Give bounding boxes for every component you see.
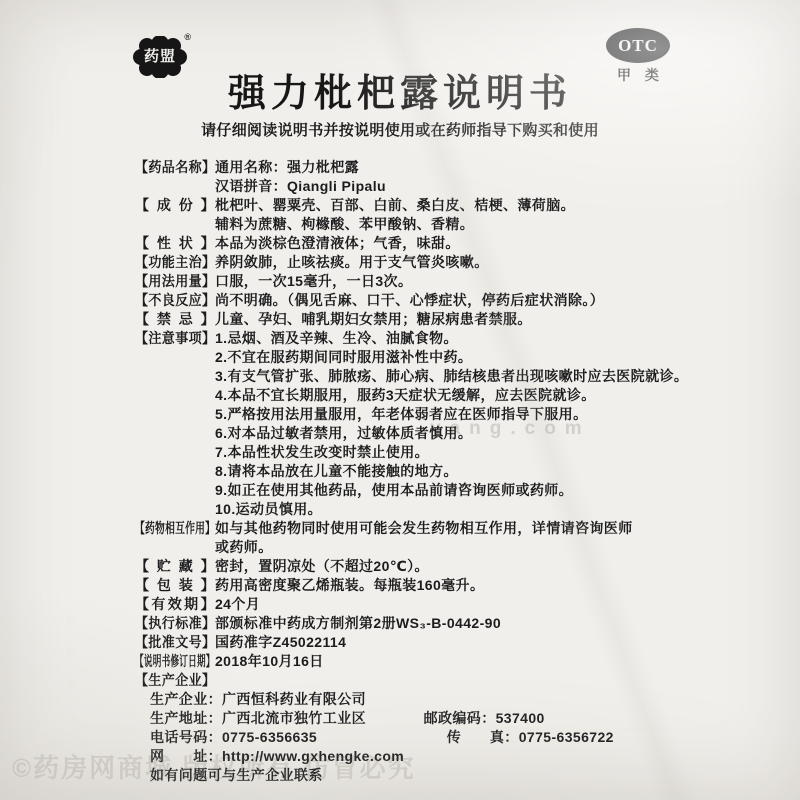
spec-label: 【有效期】 (135, 595, 215, 614)
page-subtitle: 请仔细阅读说明书并按说明使用或在药师指导下购买和使用 (0, 119, 800, 140)
spec-row: 【执行标准】部颁标准中药成方制剂第2册WS₃-B-0442-90 (135, 614, 780, 633)
spec-row: 如有问题可与生产企业联系 (135, 766, 780, 785)
spec-value: 3.有支气管扩张、肺脓疡、肺心病、肺结核患者出现咳嗽时应去医院就诊。 (215, 368, 688, 384)
spec-row: 10.运动员慎用。 (135, 500, 780, 519)
spec-row: 辅料为蔗糖、枸橼酸、苯甲酸钠、香精。 (135, 215, 780, 234)
spec-label: 【禁忌】 (135, 310, 215, 329)
spec-value: 辅料为蔗糖、枸橼酸、苯甲酸钠、香精。 (215, 216, 474, 232)
spec-row: 7.本品性状发生改变时禁止使用。 (135, 443, 780, 462)
spec-label: 【不良反应】 (135, 291, 209, 310)
spec-row: 【注意事项】1.忌烟、酒及辛辣、生冷、油腻食物。 (135, 329, 780, 348)
spec-value: 密封，置阴凉处（不超过20℃）。 (215, 558, 429, 574)
spec-value: 生产地址：广西北流市独竹工业区 邮政编码：537400 (150, 710, 545, 726)
spec-label: 【成份】 (135, 196, 215, 215)
spec-value: 或药师。 (215, 539, 273, 555)
spec-row: 【药物相互作用】如与其他药物同时使用可能会发生药物相互作用，详情请咨询医师 (135, 519, 780, 538)
spec-value: 通用名称：强力枇杷露 (215, 159, 359, 175)
spec-row: 4.本品不宜长期服用，服药3天症状无缓解，应去医院就诊。 (135, 386, 780, 405)
spec-row: 【生产企业】 (135, 671, 780, 690)
spec-row: 生产地址：广西北流市独竹工业区 邮政编码：537400 (135, 709, 780, 728)
spec-label: 【药品名称】 (135, 158, 209, 177)
page-title: 强力枇杷露说明书 (0, 62, 800, 117)
spec-value: 部颁标准中药成方制剂第2册WS₃-B-0442-90 (215, 615, 501, 631)
spec-row: 2.不宜在服药期间同时服用滋补性中药。 (135, 348, 780, 367)
spec-value: 1.忌烟、酒及辛辣、生冷、油腻食物。 (215, 330, 458, 346)
spec-value: 网 址：http://www.gxhengke.com (150, 748, 404, 764)
spec-row: 生产企业：广西恒科药业有限公司 (135, 690, 780, 709)
spec-row: 【说明书修订日期】2018年10月16日 (135, 652, 780, 671)
spec-value: 9.如正在使用其他药品，使用本品前请咨询医师或药师。 (215, 482, 573, 498)
spec-row: 【贮藏】密封，置阴凉处（不超过20℃）。 (135, 557, 780, 576)
spec-value: 本品为淡棕色澄清液体；气香，味甜。 (215, 235, 460, 251)
spec-value: 2.不宜在服药期间同时服用滋补性中药。 (215, 349, 472, 365)
spec-list: 【药品名称】通用名称：强力枇杷露汉语拼音：Qiangli Pipalu【成份】枇… (135, 158, 780, 785)
spec-row: 汉语拼音：Qiangli Pipalu (135, 177, 780, 196)
spec-row: 【不良反应】尚不明确。（偶见舌麻、口干、心悸症状，停药后症状消除。） (135, 291, 780, 310)
spec-label: 【贮藏】 (135, 557, 215, 576)
spec-value: 4.本品不宜长期服用，服药3天症状无缓解，应去医院就诊。 (215, 387, 596, 403)
spec-row: 8.请将本品放在儿童不能接触的地方。 (135, 462, 780, 481)
spec-label: 【包装】 (135, 576, 215, 595)
spec-value: 儿童、孕妇、哺乳期妇女禁用；糖尿病患者禁服。 (215, 311, 532, 327)
registered-trademark-icon: ® (184, 32, 191, 42)
spec-row: 电话号码：0775-6356635 传 真：0775-6356722 (135, 728, 780, 747)
spec-row: 【功能主治】养阴敛肺，止咳祛痰。用于支气管炎咳嗽。 (135, 253, 780, 272)
spec-row: 5.严格按用法用量服用，年老体弱者应在医师指导下服用。 (135, 405, 780, 424)
spec-label: 【性状】 (135, 234, 215, 253)
spec-label: 【生产企业】 (135, 671, 209, 690)
spec-row: 【有效期】24个月 (135, 595, 780, 614)
spec-value: 养阴敛肺，止咳祛痰。用于支气管炎咳嗽。 (215, 254, 489, 270)
otc-label: OTC (618, 36, 658, 56)
spec-value: 6.对本品过敏者禁用，过敏体质者慎用。 (215, 425, 472, 441)
spec-row: 【禁忌】儿童、孕妇、哺乳期妇女禁用；糖尿病患者禁服。 (135, 310, 780, 329)
otc-oval-icon: OTC (606, 28, 670, 63)
spec-value: 5.严格按用法用量服用，年老体弱者应在医师指导下服用。 (215, 406, 587, 422)
spec-value: 电话号码：0775-6356635 传 真：0775-6356722 (150, 729, 614, 745)
spec-row: 【性状】本品为淡棕色澄清液体；气香，味甜。 (135, 234, 780, 253)
leaflet-page: 药盟 ® OTC 甲 类 强力枇杷露说明书 请仔细阅读说明书并按说明使用或在药师… (0, 0, 800, 800)
spec-label: 【注意事项】 (135, 329, 209, 348)
spec-row: 【批准文号】国药准字Z45022114 (135, 633, 780, 652)
spec-row: 6.对本品过敏者禁用，过敏体质者慎用。 (135, 424, 780, 443)
spec-row: 网 址：http://www.gxhengke.com (135, 747, 780, 766)
spec-row: 【药品名称】通用名称：强力枇杷露 (135, 158, 780, 177)
spec-value: 国药准字Z45022114 (215, 634, 346, 650)
spec-value: 7.本品性状发生改变时禁止使用。 (215, 444, 429, 460)
spec-row: 【成份】枇杷叶、罂粟壳、百部、白前、桑白皮、桔梗、薄荷脑。 (135, 196, 780, 215)
spec-row: 【用法用量】口服，一次15毫升，一日3次。 (135, 272, 780, 291)
spec-value: 如有问题可与生产企业联系 (150, 767, 323, 783)
spec-row: 9.如正在使用其他药品，使用本品前请咨询医师或药师。 (135, 481, 780, 500)
spec-value: 10.运动员慎用。 (215, 501, 322, 517)
spec-value: 枇杷叶、罂粟壳、百部、白前、桑白皮、桔梗、薄荷脑。 (215, 197, 575, 213)
spec-value: 2018年10月16日 (215, 653, 324, 669)
spec-row: 3.有支气管扩张、肺脓疡、肺心病、肺结核患者出现咳嗽时应去医院就诊。 (135, 367, 780, 386)
spec-value: 口服，一次15毫升，一日3次。 (215, 273, 412, 289)
spec-value: 汉语拼音：Qiangli Pipalu (215, 178, 386, 194)
spec-row: 或药师。 (135, 538, 780, 557)
spec-value: 8.请将本品放在儿童不能接触的地方。 (215, 463, 458, 479)
spec-label: 【批准文号】 (135, 633, 209, 652)
spec-row: 【包装】药用高密度聚乙烯瓶装。每瓶装160毫升。 (135, 576, 780, 595)
spec-value: 24个月 (215, 596, 260, 612)
spec-label: 【执行标准】 (135, 614, 209, 633)
spec-label: 【说明书修订日期】 (135, 652, 184, 671)
spec-value: 如与其他药物同时使用可能会发生药物相互作用，详情请咨询医师 (215, 520, 633, 536)
spec-value: 尚不明确。（偶见舌麻、口干、心悸症状，停药后症状消除。） (215, 292, 604, 308)
spec-label: 【药物相互作用】 (135, 519, 191, 538)
spec-value: 生产企业：广西恒科药业有限公司 (150, 691, 366, 707)
spec-label: 【用法用量】 (135, 272, 209, 291)
spec-value: 药用高密度聚乙烯瓶装。每瓶装160毫升。 (215, 577, 484, 593)
spec-label: 【功能主治】 (135, 253, 209, 272)
